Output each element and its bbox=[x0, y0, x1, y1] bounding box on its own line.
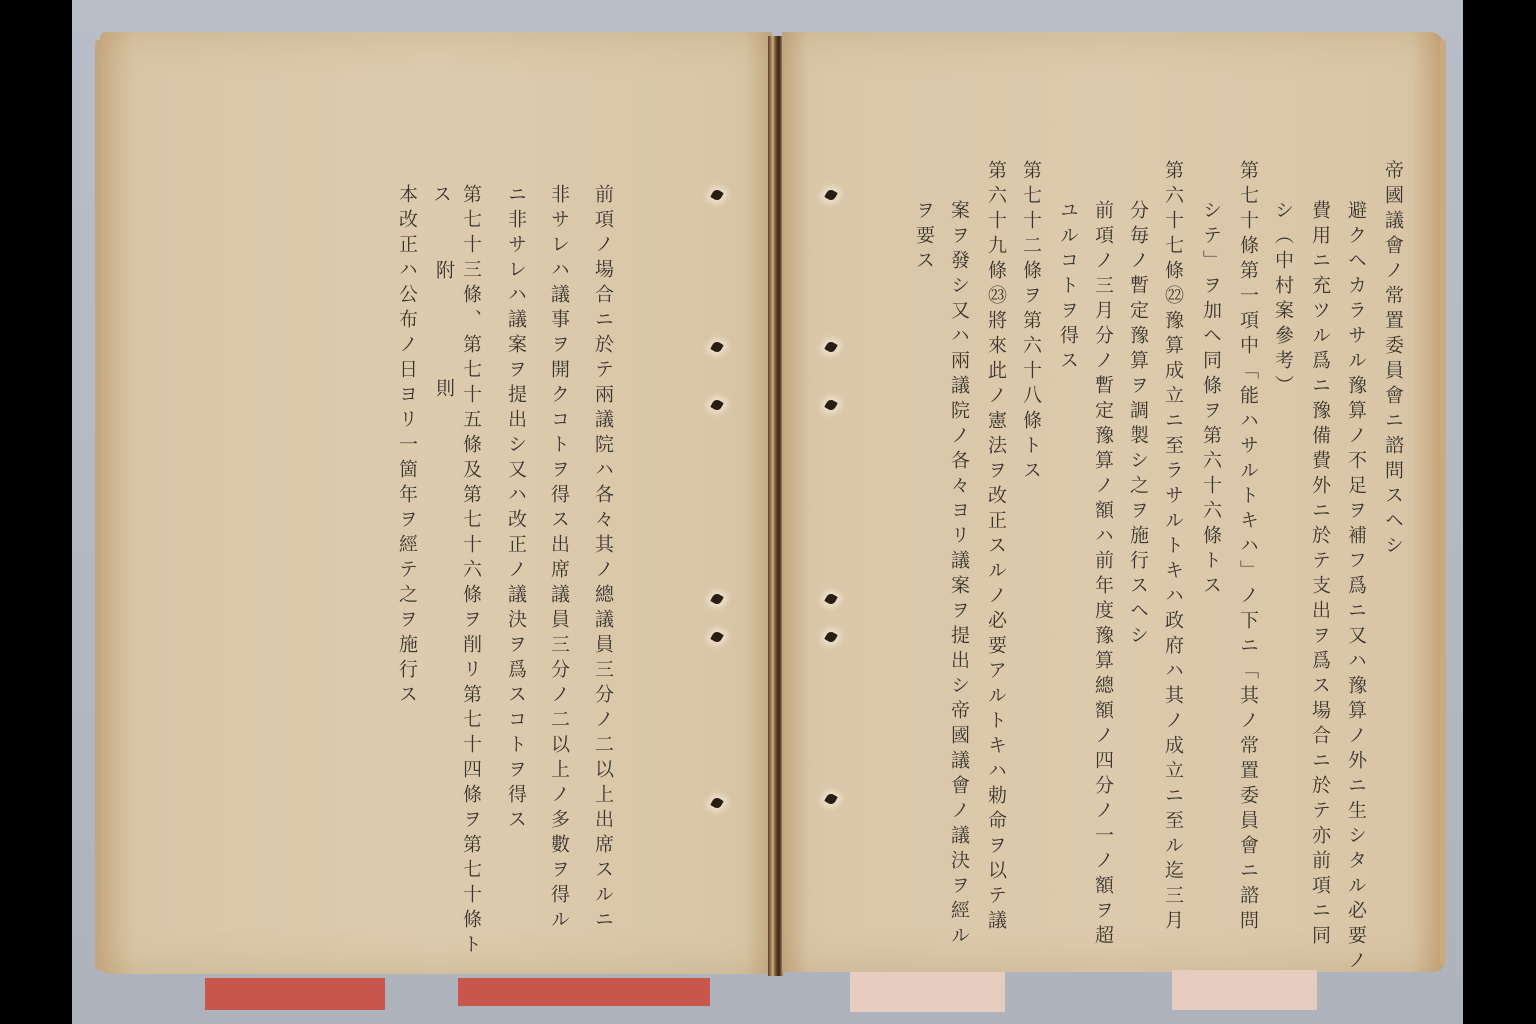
text-column: ス bbox=[430, 184, 452, 209]
text-column: 第六十七條㉒豫算成立ニ至ラサルトキハ政府ハ其ノ成立ニ至ル迄三月 bbox=[1162, 160, 1184, 935]
pale-paper-tab bbox=[1172, 970, 1317, 1010]
text-column: シ（中村案參考） bbox=[1272, 200, 1294, 400]
text-column: 帝國議會ノ常置委員會ニ諮問スヘシ bbox=[1382, 160, 1404, 560]
text-column: 費用ニ充ツル爲ニ豫備費外ニ於テ支出ヲ爲ス場合ニ於テ亦前項ニ同 bbox=[1309, 200, 1331, 950]
right-page-stack-edge bbox=[1440, 40, 1446, 965]
pale-paper-tab bbox=[850, 972, 1005, 1012]
left-page: 前項ノ場合ニ於テ兩議院ハ各々其ノ總議員三分ノ二以上出席スルニ 非サレハ議事ヲ開ク… bbox=[100, 32, 772, 974]
text-column: 避クヘカラサル豫算ノ不足ヲ補フ爲ニ又ハ豫算ノ外ニ生シタル必要ノ bbox=[1345, 200, 1367, 975]
text-column: 前項ノ三月分ノ暫定豫算ノ額ハ前年度豫算總額ノ四分ノ一ノ額ヲ超 bbox=[1092, 200, 1114, 950]
binding-hole bbox=[710, 592, 724, 606]
text-column: 本改正ハ公布ノ日ヨリ一箇年ヲ經テ之ヲ施行ス bbox=[396, 184, 418, 709]
text-column: 分毎ノ暫定豫算ヲ調製シ之ヲ施行スヘシ bbox=[1127, 200, 1149, 650]
text-column: 第七十三條、第七十五條及第七十六條ヲ削リ第七十四條ヲ第七十條ト bbox=[460, 184, 482, 959]
binding-hole bbox=[710, 188, 724, 202]
text-column: ニ非サレハ議案ヲ提出シ又ハ改正ノ議決ヲ爲スコトヲ得ス bbox=[505, 184, 527, 834]
text-column: 第七十條第一項中「能ハサルトキハ」ノ下ニ「其ノ常置委員會ニ諮問 bbox=[1237, 160, 1259, 935]
text-column: 第七十二條ヲ第六十八條トス bbox=[1020, 160, 1042, 485]
binding-hole bbox=[824, 592, 838, 606]
right-page: 帝國議會ノ常置委員會ニ諮問スヘシ 避クヘカラサル豫算ノ不足ヲ補フ爲ニ又ハ豫算ノ外… bbox=[782, 32, 1444, 972]
binding-hole bbox=[710, 340, 724, 354]
text-column: ユルコトヲ得ス bbox=[1057, 200, 1079, 375]
binding-hole bbox=[824, 398, 838, 412]
binding-hole bbox=[710, 398, 724, 412]
binding-hole bbox=[710, 796, 724, 810]
binding-hole bbox=[710, 630, 724, 644]
text-column: 前項ノ場合ニ於テ兩議院ハ各々其ノ總議員三分ノ二以上出席スルニ bbox=[592, 184, 614, 934]
text-column: 案ヲ發シ又ハ兩議院ノ各々ヨリ議案ヲ提出シ帝國議會ノ議決ヲ經ル bbox=[948, 200, 970, 950]
text-column: シテ」ヲ加ヘ同條ヲ第六十六條トス bbox=[1200, 200, 1222, 600]
section-heading-supplementary: 附 則 bbox=[433, 260, 455, 437]
red-paper-tab bbox=[205, 978, 385, 1010]
red-paper-tab bbox=[458, 978, 710, 1006]
binding-hole bbox=[824, 340, 838, 354]
binding-hole bbox=[824, 630, 838, 644]
binding-hole bbox=[824, 792, 838, 806]
text-column: 非サレハ議事ヲ開クコトヲ得ス出席議員三分ノ二以上ノ多數ヲ得ル bbox=[548, 184, 570, 934]
binding-hole bbox=[824, 188, 838, 202]
text-column: ヲ要ス bbox=[913, 200, 935, 275]
text-column: 第六十九條㉓將來此ノ憲法ヲ改正スルノ必要アルトキハ勅命ヲ以テ議 bbox=[985, 160, 1007, 935]
